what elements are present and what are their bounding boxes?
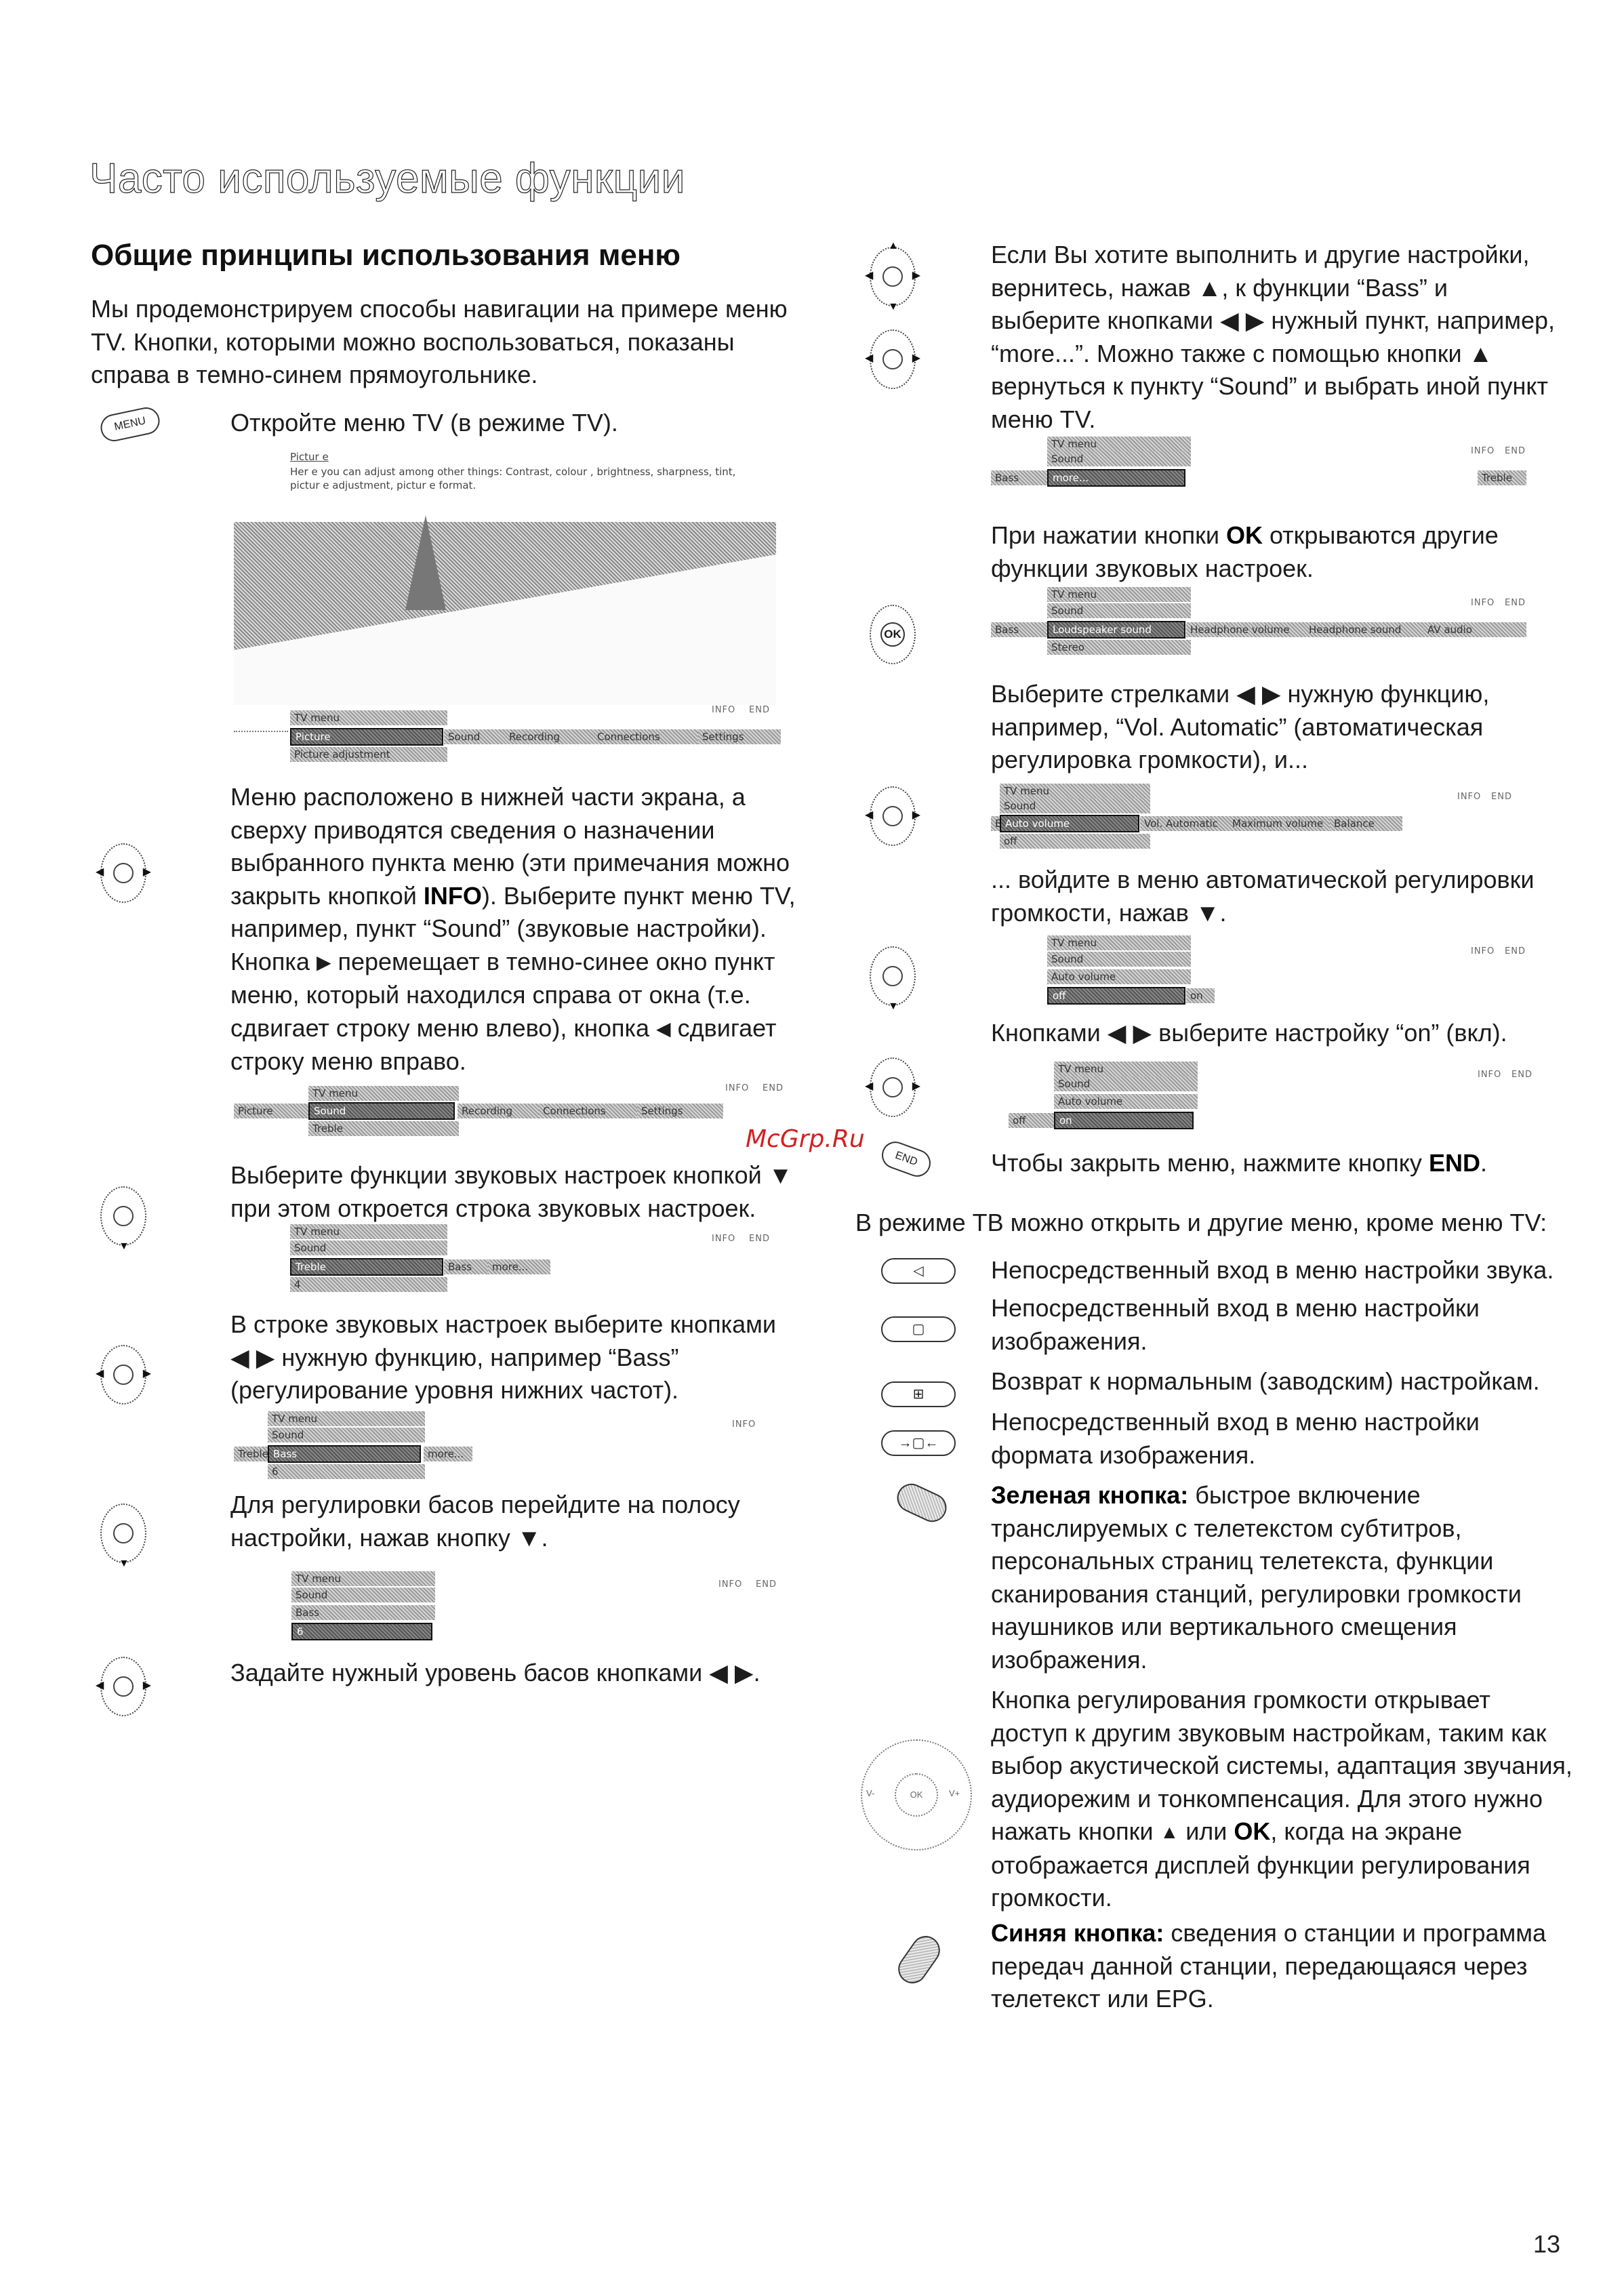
osd-breadcrumb: TV menu [308,1086,459,1101]
text: При нажатии кнопки [991,521,1226,549]
section-title: Общие принципы использования меню [91,239,681,272]
osd-crumb: Sound [290,1240,447,1255]
info-label: INFO [1478,1070,1501,1080]
divider [234,731,288,732]
osd-crumb: Sound [268,1428,425,1442]
osd-bar-item: Balance [1330,816,1402,831]
dpad-down-icon: ▼ [100,1186,146,1246]
step-text: Откройте меню TV (в режиме TV). [230,407,618,440]
page-title: Часто используемые функции [89,155,685,203]
osd-sub-item: off [1000,834,1150,849]
osd-sub-item: Treble [308,1121,459,1136]
step-text: Меню расположено в нижней части экрана, … [230,781,800,1078]
menu-item-text: Кнопка регулирования громкости открывает… [991,1684,1574,1915]
osd-selected-item: Loudspeaker sound [1047,621,1185,639]
osd-selected-item: more... [1047,469,1185,487]
menu-item-text: Зеленая кнопка: быстрое включение трансл… [991,1479,1574,1676]
end-label: END [1505,598,1526,608]
ok-label: OK [880,622,905,647]
blue-button-icon [893,1931,946,1989]
osd-crumb: Sound [1047,952,1191,967]
ok-label: OK [895,1773,938,1817]
end-label: END [763,1083,784,1093]
step-text: Кнопками ◀ ▶ выберите настройку “on” (вк… [991,1017,1560,1050]
osd-value: 4 [290,1277,447,1292]
osd-breadcrumb: TV menu [1047,437,1191,451]
green-button-icon [893,1479,952,1527]
step-text: В строке звуковых настроек выберите кноп… [230,1308,800,1407]
text: . [1480,1149,1487,1177]
tv-screen-landscape-image [234,522,776,705]
dpad-left-right-icon: ◀▶ [100,843,146,903]
green-button-label: Зеленая кнопка: [991,1481,1188,1509]
osd-bar-item: Vol. Automatic [1140,816,1230,831]
right-arrow-icon: ▶ [317,946,331,979]
osd-bar-item: Bass [444,1259,489,1274]
end-label: END [749,1234,770,1244]
format-button-icon: →▢← [881,1430,956,1456]
osd-bar-item: more... [488,1259,550,1274]
end-keyword: END [1429,1149,1480,1177]
osd-sub-item: Auto volume [1047,969,1191,984]
osd-selected-item: Picture [290,728,443,746]
up-arrow-icon: ▲ [1160,1816,1179,1849]
left-arrow-icon: ◀ [656,1013,671,1046]
end-label: END [1491,792,1512,802]
info-label: INFO [718,1579,742,1590]
info-label: INFO [1471,598,1495,608]
osd-bar-item: Sound [444,729,506,744]
osd-bar-item: Headphone volume [1186,622,1306,637]
dpad-left-right-icon: ◀▶ [870,786,916,846]
menu-item-text: Непосредственный вход в меню настройки ф… [991,1406,1574,1472]
info-label: INFO [725,1083,749,1093]
text: или [1179,1817,1234,1845]
info-label: INFO [1471,946,1495,956]
osd-breadcrumb: TV menu [291,1571,435,1586]
menu-item-text: Непосредственный вход в меню настройки з… [991,1254,1574,1287]
osd-selected-item: on [1054,1112,1194,1129]
osd-bar-item: AV audio [1423,622,1526,637]
end-label: END [1511,1070,1532,1080]
osd-bar-item: off [1009,1113,1054,1128]
osd-breadcrumb: TV menu [1047,587,1191,602]
dpad-left-right-icon: ◀▶ [100,1345,146,1405]
info-keyword: INFO [424,882,482,910]
ok-keyword: OK [1234,1817,1270,1845]
osd-value: 6 [268,1464,425,1479]
osd-crumb: Sound [1047,451,1191,466]
osd-sub-item: Auto volume [1054,1094,1198,1109]
osd-bar-item: on [1186,988,1215,1003]
osd-breadcrumb: TV menu [1047,935,1191,950]
menu-item-text: Возврат к нормальным (заводским) настрой… [991,1365,1601,1398]
end-label: END [1505,946,1526,956]
osd-bar-item: Bass [991,470,1050,485]
info-label: INFO [712,705,735,715]
dpad-all-icon: ▲◀▶▼ [870,247,916,306]
intro-paragraph: Мы продемонстрируем способы навигации на… [91,293,796,392]
osd-breadcrumb: TV menu [290,1224,447,1239]
end-button-icon: END [878,1138,934,1181]
osd-crumb: Sound [1000,799,1150,813]
speaker-button-icon: ◁ [881,1258,956,1284]
osd-selected-item: Bass [268,1445,421,1463]
osd-bar-item: Connections [539,1104,638,1118]
volume-up-label: V+ [949,1788,960,1798]
blue-button-label: Синяя кнопка: [991,1919,1164,1947]
step-text: Чтобы закрыть меню, нажмите кнопку END. [991,1147,1560,1180]
end-label: END [749,705,770,715]
volume-ring-icon: OK V- V+ [861,1739,972,1851]
other-menus-intro: В режиме ТВ можно открыть и другие меню,… [855,1207,1601,1240]
osd-bar-item: Treble [1478,470,1526,485]
step-text: Выберите стрелками ◀ ▶ нужную функцию, н… [991,678,1560,777]
step-text: Для регулировки басов перейдите на полос… [230,1489,800,1554]
osd-bar-item: Recording [505,729,594,744]
osd-sub-item: Bass [291,1605,435,1620]
ok-keyword: OK [1226,521,1263,549]
osd-sub-item: Stereo [1047,640,1191,655]
info-label: INFO [712,1234,735,1244]
osd-crumb: Sound [1047,603,1191,618]
osd-crumb: Sound [1054,1076,1198,1091]
step-text: ... войдите в меню автоматической регули… [991,864,1560,929]
end-label: END [756,1579,777,1590]
osd-selected-item: Sound [308,1102,455,1120]
osd-bar-item: Headphone sound [1305,622,1425,637]
picture-button-icon: ▢ [881,1316,956,1342]
screen-info-body: Her e you can adjust among other things:… [290,465,765,492]
osd-bar-item: Connections [593,729,699,744]
step-text: Если Вы хотите выполнить и другие настро… [991,239,1560,436]
menu-item-text: Синяя кнопка: сведения о станции и прогр… [991,1917,1574,2016]
ok-button-icon: OK [870,605,916,664]
osd-bar-item: Picture [234,1104,310,1118]
info-label: INFO [1457,792,1481,802]
text: Чтобы закрыть меню, нажмите кнопку [991,1149,1429,1177]
osd-breadcrumb: TV menu [290,710,447,725]
volume-down-label: V- [866,1788,874,1798]
end-label: END [1505,446,1526,456]
step-text: Задайте нужный уровень басов кнопками ◀ … [230,1657,813,1690]
osd-selected-item: off [1047,987,1185,1005]
osd-breadcrumb: TV menu [1000,784,1150,799]
screen-info-heading: Pictur e [290,450,329,464]
dpad-down-icon: ▼ [870,946,916,1006]
step-text: При нажатии кнопки OK открываются другие… [991,519,1560,585]
dpad-left-right-icon: ◀▶ [870,329,916,389]
osd-selected-item: Treble [290,1258,443,1276]
menu-item-text: Непосредственный вход в меню настройки и… [991,1292,1574,1358]
osd-bar-item: Settings [637,1104,723,1118]
osd-bar-item: more... [424,1447,472,1461]
menu-button-icon: MENU [98,405,162,443]
osd-selected-item: Auto volume [1000,815,1139,832]
reset-button-icon: ⊞ [881,1381,956,1407]
dpad-left-right-icon: ◀▶ [100,1657,146,1716]
text: быстрое включение транслируемых с телете… [991,1481,1522,1674]
osd-breadcrumb: TV menu [268,1411,425,1426]
step-text: Выберите функции звуковых настроек кнопк… [230,1159,800,1225]
osd-bar-item: Treble [234,1447,272,1461]
osd-bar-item: Settings [698,729,781,744]
dpad-left-right-icon: ◀▶ [870,1057,916,1117]
watermark: McGrp.Ru [746,1125,865,1153]
osd-sub-item: Picture adjustment [290,747,447,762]
tree-image [405,515,446,610]
info-label: INFO [1471,446,1495,456]
osd-bar-item: Bass [991,622,1050,637]
bass-level-slider: 6 [291,1623,432,1640]
osd-bar-item: Recording [458,1104,540,1118]
osd-crumb: Sound [291,1588,435,1602]
osd-bar-item: Maximum volume [1228,816,1331,831]
info-label: INFO [732,1419,756,1430]
page-number: 13 [1533,2230,1560,2259]
osd-breadcrumb: TV menu [1054,1062,1198,1076]
dpad-down-icon: ▼ [100,1503,146,1563]
